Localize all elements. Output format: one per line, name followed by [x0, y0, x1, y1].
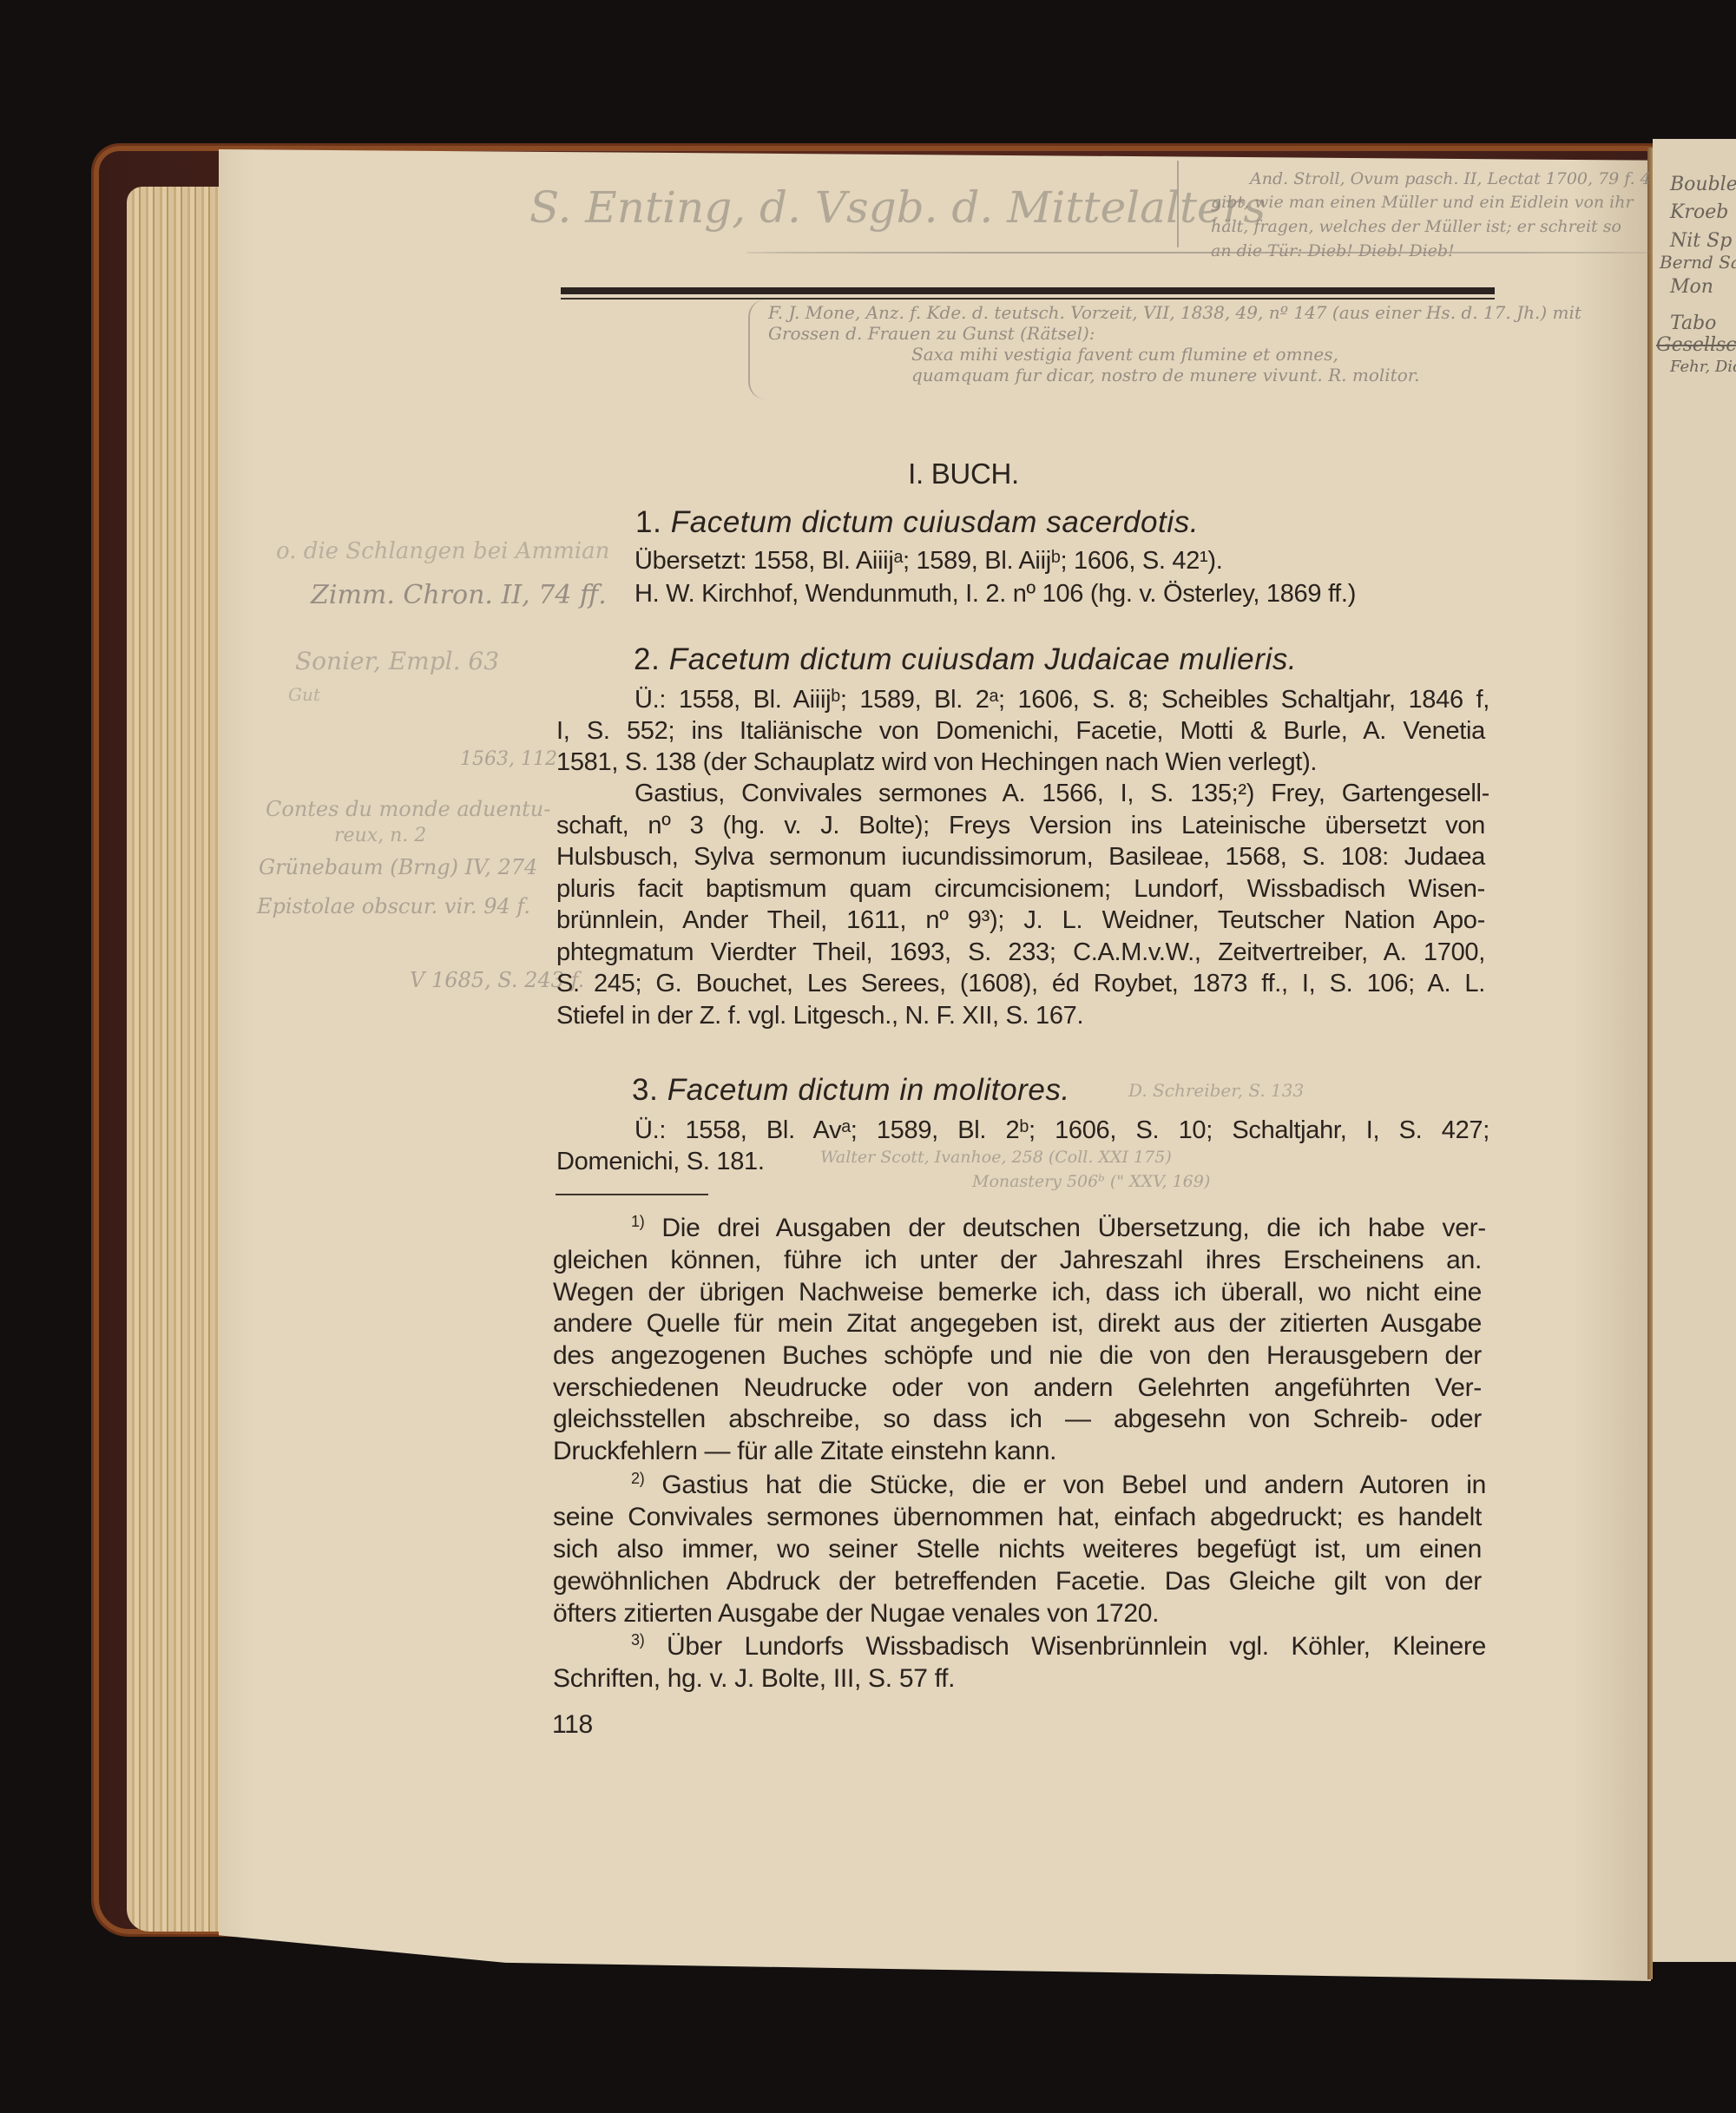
footnote-line: Schriften, hg. v. J. Bolte, III, S. 57 f… — [553, 1664, 1482, 1694]
entry-title-text: Facetum dictum cuiusdam sacerdotis. — [671, 505, 1199, 539]
footnote-marker: 3) — [631, 1631, 644, 1649]
pencil-note-entry3: D. Schreiber, S. 133 — [1128, 1080, 1304, 1101]
pencil-margin-note: reux, n. 2 — [334, 825, 426, 846]
chapter-heading: I. BUCH. — [0, 457, 1736, 490]
entry-line: Ü.: 1558, Bl. Avᵃ; 1589, Bl. 2ᵇ; 1606, S… — [635, 1116, 1489, 1145]
pencil-note-top-right: And. Stroll, Ovum pasch. II, Lectat 1700… — [1250, 169, 1651, 188]
entry-line: 1581, S. 138 (der Schauplatz wird von He… — [556, 748, 1485, 777]
pencil-note-entry3: Walter Scott, Ivanhoe, 258 (Coll. XXI 17… — [820, 1148, 1172, 1167]
footnote-line: sich also immer, wo seiner Stelle nichts… — [553, 1535, 1482, 1564]
pencil-note: Fehr, Dicht — [1670, 358, 1736, 376]
pencil-note: Gesellsch. — [1656, 334, 1736, 356]
footnote-line: seine Convivales sermones übernommen hat… — [553, 1503, 1482, 1532]
pencil-note-top-left: S. Enting, d. Vsgb. d. Mittelalters — [529, 182, 1266, 233]
entry-line: schaft, nº 3 (hg. v. J. Bolte); Freys Ve… — [556, 812, 1485, 840]
facing-page-edge: Bouble Kroeb Nit Sp Bernd Sal Mon Tabo G… — [1653, 139, 1736, 1962]
pencil-margin-note: Gut — [288, 684, 320, 705]
pencil-note: Mon — [1670, 276, 1713, 298]
entry-line: Gastius, Convivales sermones A. 1566, I,… — [635, 780, 1489, 808]
entry-line: S. 245; G. Bouchet, Les Serees, (1608), … — [556, 970, 1485, 998]
footnote-text: Gastius hat die Stücke, die er von Bebel… — [661, 1471, 1486, 1499]
footnote-text: Über Lundorfs Wissbadisch Wisenbrünnlein… — [667, 1632, 1486, 1661]
entry-line: pluris facit baptismum quam circumcision… — [556, 875, 1485, 904]
footnote-marker: 1) — [631, 1213, 644, 1230]
pencil-margin-note: Epistolae obscur. vir. 94 f. — [257, 894, 530, 918]
pencil-note-top-right: gibt, wie man einen Müller und ein Eidle… — [1211, 193, 1634, 212]
pencil-note-under-rule: F. J. Mone, Anz. f. Kde. d. teutsch. Vor… — [768, 302, 1581, 323]
entry-line: phtegmatum Vierdter Theil, 1693, S. 233;… — [556, 938, 1485, 967]
entry-title: 2. Facetum dictum cuiusdam Judaicae muli… — [634, 642, 1297, 677]
book-gutter — [1647, 148, 1653, 1979]
pencil-note: Nit Sp — [1670, 230, 1732, 252]
entry-number: 3. — [632, 1073, 658, 1107]
pencil-margin-note: Contes du monde aduentu- — [266, 797, 550, 821]
entry-line: Domenichi, S. 181. — [556, 1148, 817, 1176]
book-page — [219, 149, 1651, 1981]
entry-title-text: Facetum dictum cuiusdam Judaicae mulieri… — [669, 642, 1298, 676]
footnote-line: 3) Über Lundorfs Wissbadisch Wisenbrünnl… — [631, 1632, 1486, 1662]
footnote-line: öfters zitierten Ausgabe der Nugae venal… — [553, 1599, 1482, 1629]
pencil-margin-note: Sonier, Empl. 63 — [295, 647, 499, 675]
pencil-note-under-rule: Grossen d. Frauen zu Gunst (Rätsel): — [768, 323, 1095, 344]
footnote-line: gleichsstellen abschreibe, so dass ich —… — [553, 1405, 1482, 1434]
pencil-note-top-right: an die Tür: Dieb! Dieb! Dieb! — [1211, 241, 1455, 260]
entry-line: I, S. 552; ins Italiänische von Domenich… — [556, 717, 1485, 746]
footnote-line: gleichen können, führe ich unter der Jah… — [553, 1246, 1482, 1275]
entry-line: Hulsbusch, Sylva sermonum iucundissimoru… — [556, 843, 1485, 872]
footnote-line: Wegen der übrigen Nachweise bemerke ich,… — [553, 1278, 1482, 1307]
footnote-line: gewöhnlichen Abdruck der betreffenden Fa… — [553, 1567, 1482, 1596]
entry-title: 3. Facetum dictum in molitores. — [632, 1073, 1070, 1108]
pencil-divider — [1177, 161, 1179, 247]
pencil-note: Kroeb — [1670, 201, 1728, 223]
footnote-rule — [556, 1194, 708, 1195]
entry-line: Übersetzt: 1558, Bl. Aiiijᵃ; 1589, Bl. A… — [635, 547, 1433, 576]
pencil-note: Bouble — [1670, 174, 1736, 195]
pencil-bracket — [746, 252, 1649, 253]
footnote-text: Die drei Ausgaben der deutschen Übersetz… — [661, 1214, 1486, 1242]
pencil-margin-note: o. die Schlangen bei Ammian — [276, 538, 609, 564]
pencil-note: Tabo — [1670, 313, 1716, 334]
entry-line: brünnlein, Ander Theil, 1611, nº 9³); J.… — [556, 906, 1485, 935]
pencil-note-under-rule: quamquam fur dicar, nostro de munere viv… — [911, 365, 1419, 385]
pencil-note-entry3: Monastery 506ᵇ (" XXV, 169) — [972, 1172, 1210, 1191]
footnote-line: 2) Gastius hat die Stücke, die er von Be… — [631, 1471, 1486, 1500]
entry-title: 1. Facetum dictum cuiusdam sacerdotis. — [635, 505, 1199, 540]
entry-line: Ü.: 1558, Bl. Aiiijᵇ; 1589, Bl. 2ᵃ; 1606… — [635, 686, 1489, 714]
entry-number: 2. — [634, 642, 660, 676]
entry-title-text: Facetum dictum in molitores. — [667, 1073, 1070, 1107]
footnote-line: 1) Die drei Ausgaben der deutschen Übers… — [631, 1214, 1486, 1243]
page-number: 118 — [552, 1710, 593, 1740]
pencil-margin-note: 1563, 112 — [460, 748, 557, 770]
entry-line: H. W. Kirchhof, Wendunmuth, I. 2. nº 106… — [635, 580, 1485, 609]
footnote-line: verschiedenen Neudrucke oder von andern … — [553, 1373, 1482, 1403]
footnote-line: des angezogenen Buches schöpfe und nie d… — [553, 1341, 1482, 1371]
header-rule — [561, 287, 1495, 294]
pencil-margin-note: Grünebaum (Brng) IV, 274 — [259, 855, 537, 879]
footnote-line: Druckfehlern — für alle Zitate einstehn … — [553, 1437, 1482, 1466]
pencil-note-top-right: hält, fragen, welches der Müller ist; er… — [1211, 217, 1621, 236]
footnote-line: andere Quelle für mein Zitat angegeben i… — [553, 1309, 1482, 1339]
header-rule-thin — [561, 298, 1495, 300]
footnote-marker: 2) — [631, 1470, 644, 1487]
entry-line: Stiefel in der Z. f. vgl. Litgesch., N. … — [556, 1002, 1485, 1030]
entry-number: 1. — [635, 505, 661, 539]
pencil-note: Bernd Sal — [1660, 252, 1736, 273]
pencil-margin-note: Zimm. Chron. II, 74 ff. — [311, 580, 607, 610]
pencil-note-under-rule: Saxa mihi vestigia favent cum flumine et… — [911, 344, 1338, 365]
